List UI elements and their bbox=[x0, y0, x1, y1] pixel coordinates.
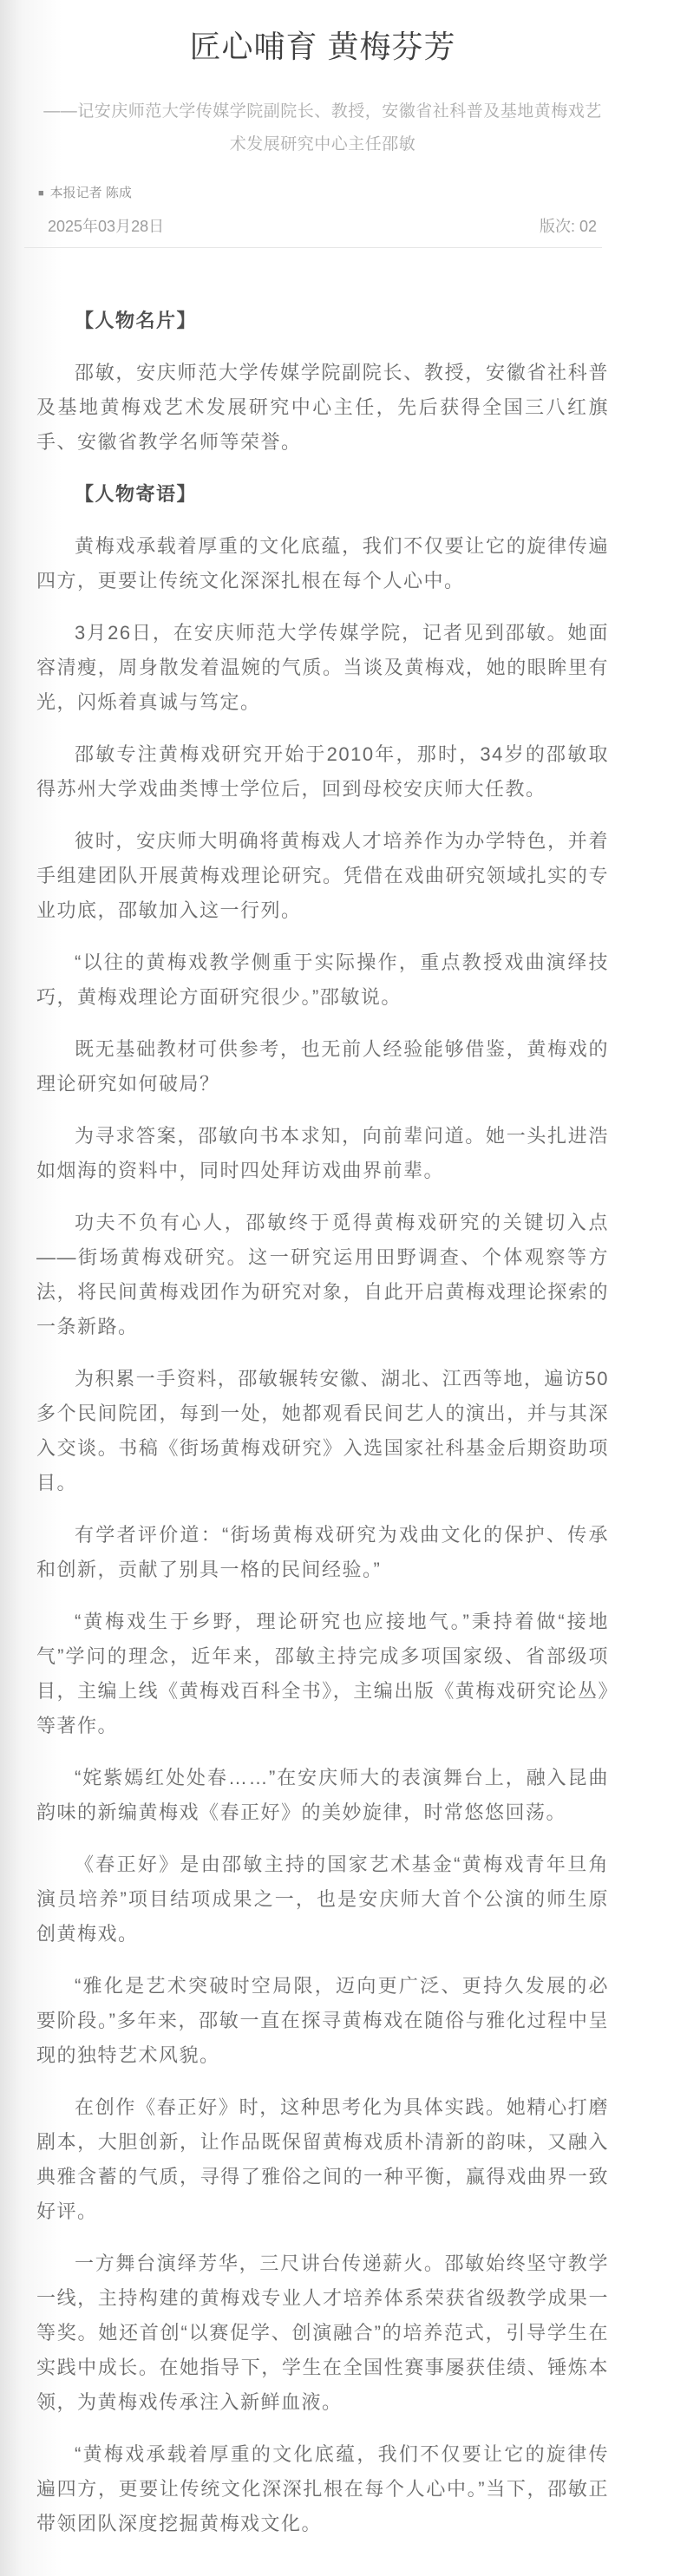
page-title: 匠心哺育 黄梅芬芳 bbox=[36, 26, 609, 68]
article-paragraph: “姹紫嫣红处处春……”在安庆师大的表演舞台上，融入昆曲韵味的新编黄梅戏《春正好》… bbox=[36, 1761, 609, 1830]
divider bbox=[24, 247, 602, 248]
article-paragraph: 3月26日，在安庆师范大学传媒学院，记者见到邵敏。她面容清瘦，周身散发着温婉的气… bbox=[36, 616, 609, 720]
meta-row: 2025年03月28日 版次: 02 bbox=[36, 216, 609, 237]
article-paragraph: “黄梅戏承载着厚重的文化底蕴，我们不仅要让它的旋律传遍四方，更要让传统文化深深扎… bbox=[36, 2437, 609, 2541]
article-paragraph: 为寻求答案，邵敏向书本求知，向前辈问道。她一头扎进浩如烟海的资料中，同时四处拜访… bbox=[36, 1119, 609, 1188]
article-paragraph: 邵敏专注黄梅戏研究开始于2010年，那时，34岁的邵敏取得苏州大学戏曲类博士学位… bbox=[36, 737, 609, 807]
article-paragraph: 为积累一手资料，邵敏辗转安徽、湖北、江西等地，遍访50多个民间院团，每到一处，她… bbox=[36, 1362, 609, 1500]
article-page: 匠心哺育 黄梅芬芳 ——记安庆师范大学传媒学院副院长、教授，安徽省社科普及基地黄… bbox=[36, 0, 609, 2576]
section-heading: 【人物寄语】 bbox=[36, 477, 609, 512]
article-paragraph: “黄梅戏生于乡野，理论研究也应接地气。”秉持着做“接地气”学问的理念，近年来，邵… bbox=[36, 1605, 609, 1743]
article-paragraph: 有学者评价道：“街场黄梅戏研究为戏曲文化的保护、传承和创新，贡献了别具一格的民间… bbox=[36, 1518, 609, 1587]
article-paragraph: 一方舞台演绎芳华，三尺讲台传递薪火。邵敏始终坚守教学一线，主持构建的黄梅戏专业人… bbox=[36, 2246, 609, 2420]
publish-date: 2025年03月28日 bbox=[48, 216, 164, 237]
article-paragraph: 《春正好》是由邵敏主持的国家艺术基金“黄梅戏青年旦角演员培养”项目结项成果之一，… bbox=[36, 1847, 609, 1952]
byline-square-bullet-icon: ■ bbox=[38, 188, 44, 199]
article-paragraph: 黄梅戏承载着厚重的文化底蕴，我们不仅要让它的旋律传遍四方，更要让传统文化深深扎根… bbox=[36, 529, 609, 598]
article-body: 【人物名片】邵敏，安庆师范大学传媒学院副院长、教授，安徽省社科普及基地黄梅戏艺术… bbox=[36, 304, 609, 2541]
article-paragraph: 邵敏，安庆师范大学传媒学院副院长、教授，安徽省社科普及基地黄梅戏艺术发展研究中心… bbox=[36, 356, 609, 460]
article-paragraph: 在创作《春正好》时，这种思考化为具体实践。她精心打磨剧本，大胆创新，让作品既保留… bbox=[36, 2090, 609, 2229]
section-heading: 【人物名片】 bbox=[36, 304, 609, 338]
article-paragraph: 彼时，安庆师大明确将黄梅戏人才培养作为办学特色，并着手组建团队开展黄梅戏理论研究… bbox=[36, 824, 609, 928]
byline: ■本报记者 陈成 bbox=[38, 184, 609, 204]
byline-reporter: 本报记者 陈成 bbox=[50, 186, 132, 200]
article-paragraph: “雅化是艺术突破时空局限，迈向更广泛、更持久发展的必要阶段。”多年来，邵敏一直在… bbox=[36, 1969, 609, 2073]
article-paragraph: “以往的黄梅戏教学侧重于实际操作，重点教授戏曲演绎技巧，黄梅戏理论方面研究很少。… bbox=[36, 945, 609, 1015]
article-paragraph: 既无基础教材可供参考，也无前人经验能够借鉴，黄梅戏的理论研究如何破局？ bbox=[36, 1032, 609, 1102]
article-paragraph: 功夫不负有心人，邵敏终于觅得黄梅戏研究的关键切入点——街场黄梅戏研究。这一研究运… bbox=[36, 1206, 609, 1344]
article-subtitle: ——记安庆师范大学传媒学院副院长、教授，安徽省社科普及基地黄梅戏艺术发展研究中心… bbox=[36, 95, 609, 161]
edition-number: 版次: 02 bbox=[540, 216, 597, 237]
